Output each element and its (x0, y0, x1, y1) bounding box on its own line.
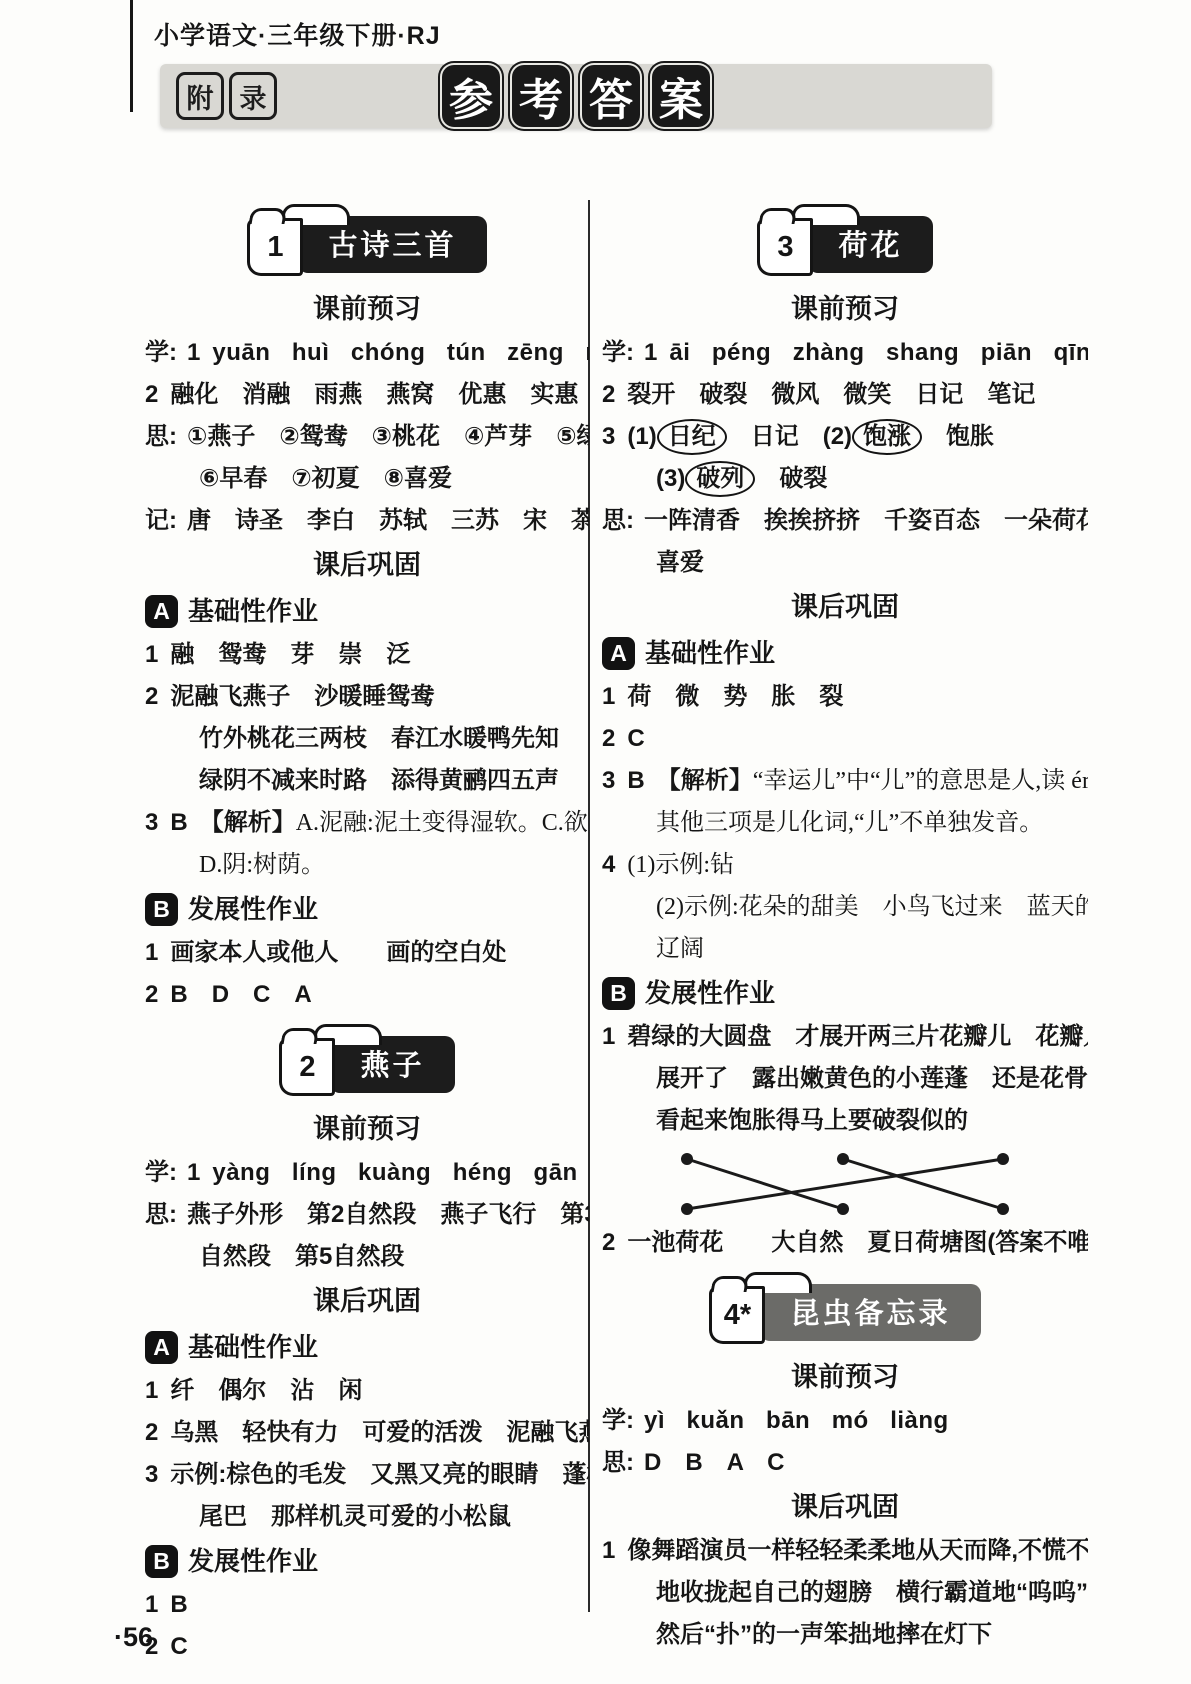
lesson-badge: 4*昆虫备忘录 (602, 1272, 1088, 1344)
answer-line: 2融化 消融 雨燕 燕窝 优惠 实惠 (145, 374, 589, 416)
answer-line: 2乌黑 轻快有力 可爱的活泼 泥融飞燕子 (145, 1412, 589, 1454)
section-heading: 课后巩固 (145, 1278, 589, 1324)
line-prefix: 思: (602, 507, 634, 534)
item-number: 1 (145, 1591, 158, 1618)
answer-line: 2C (145, 1626, 589, 1668)
lesson-number: 2 (279, 1038, 335, 1096)
answer-line: 2B D C A (145, 974, 589, 1016)
section-heading: 课前预习 (602, 286, 1088, 332)
answer-text: 展开了 露出嫩黄色的小莲蓬 还是花骨朵儿 (656, 1065, 1088, 1092)
answer-text: ①燕子 ②鸳鸯 ③桃花 ④芦芽 ⑤绿荫 (187, 423, 589, 450)
item-number: 1 (602, 1023, 615, 1050)
reference-answers-title: 参考答案 (442, 65, 710, 127)
line-prefix: 思: (602, 1449, 634, 1476)
item-number: 1 (145, 939, 158, 966)
right-column: 3荷花课前预习学:1āi péng zhàng shang piān qīng2… (602, 196, 1088, 1656)
continuation-line: 喜爱 (602, 542, 1088, 584)
answer-line: 3B 【解析】A.泥融:泥土变得湿软。C.欲:将要。 (145, 802, 589, 844)
homework-label: 基础性作业 (188, 1324, 318, 1370)
lesson-number: 3 (757, 218, 813, 276)
answer-text: 喜爱 (656, 549, 704, 576)
answer-text: 纤 偶尔 沾 闲 (170, 1377, 362, 1404)
answer-line: 思:一阵清香 挨挨挤挤 千姿百态 一朵荷花 (602, 500, 1088, 542)
homework-marker: B (145, 893, 178, 926)
answer-text: 日记 (2) (727, 423, 852, 450)
answer-line: 学:1yàng líng kuàng héng gān hén (145, 1152, 589, 1194)
answer-line: 学:yì kuǎn bān mó liàng (602, 1400, 1088, 1442)
answer-line: 1融 鸳鸯 芽 崇 泛 (145, 634, 589, 676)
reference-answers-char: 案 (652, 65, 710, 127)
page-number: ·56 (114, 1622, 153, 1653)
answer-line: 学:1āi péng zhàng shang piān qīng (602, 332, 1088, 374)
circled-wrong-word: 日纪 (657, 419, 727, 455)
homework-heading: A基础性作业 (145, 588, 589, 634)
homework-marker: A (145, 1331, 178, 1364)
answer-text: 尾巴 那样机灵可爱的小松鼠 (199, 1503, 511, 1530)
appendix-tag-char: 录 (229, 72, 277, 120)
matching-lines-diagram (680, 1152, 1010, 1216)
answer-text: (1)示例:钻 (627, 852, 734, 878)
answer-text: 一池荷花 大自然 夏日荷塘图(答案不唯一) (627, 1229, 1088, 1256)
item-number: 3 (602, 767, 615, 794)
answer-text: 乌黑 轻快有力 可爱的活泼 泥融飞燕子 (170, 1419, 589, 1446)
item-number: 1 (145, 641, 158, 668)
answer-text: 看起来饱胀得马上要破裂似的 (656, 1107, 968, 1134)
continuation-line: (3)破列 破裂 (602, 458, 1088, 500)
homework-heading: A基础性作业 (602, 630, 1088, 676)
item-number: 1 (602, 683, 615, 710)
reference-answers-char: 考 (512, 65, 570, 127)
item-number: 2 (602, 725, 615, 752)
homework-label: 发展性作业 (645, 970, 775, 1016)
reference-answers-char: 答 (582, 65, 640, 127)
continuation-line: 竹外桃花三两枝 春江水暖鸭先知 (145, 718, 589, 760)
item-number: 1 (187, 339, 200, 366)
item-number: 1 (145, 1377, 158, 1404)
lesson-title: 燕子 (330, 1036, 454, 1093)
lesson-title: 昆虫备忘录 (760, 1284, 980, 1341)
homework-heading: B发展性作业 (145, 886, 589, 932)
homework-marker: A (602, 637, 635, 670)
book-title: 小学语文·三年级下册·RJ (154, 16, 441, 52)
answer-text: 竹外桃花三两枝 春江水暖鸭先知 (199, 725, 559, 752)
line-prefix: 学: (602, 339, 634, 366)
answer-text: C (170, 1633, 187, 1660)
item-number: 1 (644, 339, 657, 366)
answer-line: 3B 【解析】“幸运儿”中“儿”的意思是人,读 ér; (602, 760, 1088, 802)
line-prefix: 思: (145, 1201, 177, 1228)
homework-marker: A (145, 595, 178, 628)
answer-text: 融 鸳鸯 芽 崇 泛 (170, 641, 410, 668)
answer-text: B (627, 767, 668, 794)
item-number: 1 (187, 1159, 200, 1186)
answer-text: ⑥早春 ⑦初夏 ⑧喜爱 (199, 465, 452, 492)
lesson-badge: 3荷花 (602, 204, 1088, 276)
answer-text: 破裂 (755, 465, 827, 492)
section-heading: 课后巩固 (145, 542, 589, 588)
lesson-number: 4* (709, 1286, 765, 1344)
continuation-line: 自然段 第5自然段 (145, 1236, 589, 1278)
line-prefix: 学: (145, 1159, 177, 1186)
answer-text: D B A C (644, 1449, 784, 1476)
answer-line: 1画家本人或他人 画的空白处 (145, 932, 589, 974)
homework-heading: B发展性作业 (602, 970, 1088, 1016)
answer-line: 1荷 微 势 胀 裂 (602, 676, 1088, 718)
reference-answers-char: 参 (442, 65, 500, 127)
section-heading: 课前预习 (145, 286, 589, 332)
answer-line: 2泥融飞燕子 沙暖睡鸳鸯 (145, 676, 589, 718)
item-number: 3 (602, 423, 615, 450)
continuation-line: 辽阔 (602, 928, 1088, 970)
answer-text: 燕子外形 第2自然段 燕子飞行 第3—4 (187, 1201, 589, 1228)
answer-text: B (170, 809, 211, 836)
circled-wrong-word: 破列 (685, 461, 755, 497)
line-prefix: 思: (145, 423, 177, 450)
answer-text: (1) (627, 423, 656, 450)
answer-line: 思:①燕子 ②鸳鸯 ③桃花 ④芦芽 ⑤绿荫 (145, 416, 589, 458)
answer-text: 像舞蹈演员一样轻轻柔柔地从天而降,不慌不忙 (627, 1537, 1088, 1564)
item-number: 1 (602, 1537, 615, 1564)
answer-text: 自然段 第5自然段 (199, 1243, 404, 1270)
answer-text: yì kuǎn bān mó liàng (644, 1407, 949, 1434)
answer-text: 画家本人或他人 画的空白处 (170, 939, 506, 966)
answer-text: D.阴:树荫。 (199, 852, 325, 878)
answer-line: 3(1)日纪 日记 (2)饱涨 饱胀 (602, 416, 1088, 458)
page-margin-tick (130, 0, 133, 112)
answer-text: B D C A (170, 981, 311, 1008)
homework-label: 基础性作业 (645, 630, 775, 676)
homework-marker: B (145, 1545, 178, 1578)
answer-text: “幸运儿”中“儿”的意思是人,读 ér; (753, 768, 1088, 794)
continuation-line: D.阴:树荫。 (145, 844, 589, 886)
answer-text: 荷 微 势 胀 裂 (627, 683, 843, 710)
answer-text: B (170, 1591, 187, 1618)
appendix-tag-char: 附 (176, 72, 224, 120)
continuation-line: 地收拢起自己的翅膀 横行霸道地“呜呜”飞来, (602, 1572, 1088, 1614)
answer-line: 4(1)示例:钻 (602, 844, 1088, 886)
item-number: 2 (145, 381, 158, 408)
section-heading: 课前预习 (602, 1354, 1088, 1400)
answer-text: 裂开 破裂 微风 微笑 日记 笔记 (627, 381, 1035, 408)
answer-line: 记:唐 诗圣 李白 苏轼 三苏 宋 茶山 (145, 500, 589, 542)
item-number: 3 (145, 1461, 158, 1488)
answer-line: 1碧绿的大圆盘 才展开两三片花瓣儿 花瓣儿全 (602, 1016, 1088, 1058)
answer-line: 2C (602, 718, 1088, 760)
homework-heading: A基础性作业 (145, 1324, 589, 1370)
answer-text: 【解析】 (212, 809, 296, 836)
answer-text: yuān huì chóng tún zēng méi (212, 339, 589, 366)
item-number: 3 (145, 809, 158, 836)
answer-text: 碧绿的大圆盘 才展开两三片花瓣儿 花瓣儿全 (627, 1023, 1088, 1050)
answer-text: 一阵清香 挨挨挤挤 千姿百态 一朵荷花 (644, 507, 1088, 534)
answer-line: 思:D B A C (602, 1442, 1088, 1484)
continuation-line: 其他三项是儿化词,“儿”不单独发音。 (602, 802, 1088, 844)
section-heading: 课后巩固 (602, 584, 1088, 630)
appendix-tag: 附录 (176, 72, 277, 120)
answer-text: 绿阴不减来时路 添得黄鹂四五声 (199, 767, 559, 794)
section-heading: 课后巩固 (602, 1484, 1088, 1530)
item-number: 2 (145, 683, 158, 710)
answer-text: āi péng zhàng shang piān qīng (669, 339, 1088, 366)
answer-text: 饱胀 (922, 423, 994, 450)
answer-text: 地收拢起自己的翅膀 横行霸道地“呜呜”飞来, (656, 1579, 1088, 1606)
answer-line: 1像舞蹈演员一样轻轻柔柔地从天而降,不慌不忙 (602, 1530, 1088, 1572)
item-number: 4 (602, 851, 615, 878)
homework-label: 发展性作业 (188, 886, 318, 932)
lesson-title: 古诗三首 (298, 216, 486, 273)
answer-line: 2一池荷花 大自然 夏日荷塘图(答案不唯一) (602, 1222, 1088, 1264)
lesson-badge: 2燕子 (145, 1024, 589, 1096)
answer-text: 【解析】 (669, 767, 753, 794)
answer-text: 辽阔 (656, 936, 704, 962)
lesson-title: 荷花 (808, 216, 932, 273)
answer-text: 然后“扑”的一声笨拙地摔在灯下 (656, 1621, 992, 1648)
answer-line: 2裂开 破裂 微风 微笑 日记 笔记 (602, 374, 1088, 416)
answer-text: 融化 消融 雨燕 燕窝 优惠 实惠 (170, 381, 578, 408)
answer-text: (2)示例:花朵的甜美 小鸟飞过来 蓝天的 (656, 894, 1088, 920)
answer-line: 思:燕子外形 第2自然段 燕子飞行 第3—4 (145, 1194, 589, 1236)
homework-label: 发展性作业 (188, 1538, 318, 1584)
line-prefix: 学: (602, 1407, 634, 1434)
item-number: 2 (145, 1419, 158, 1446)
answer-line: 3示例:棕色的毛发 又黑又亮的眼睛 蓬松的大 (145, 1454, 589, 1496)
circled-wrong-word: 饱涨 (852, 419, 922, 455)
answers-banner: 附录 参考答案 (160, 64, 992, 128)
answer-text: 示例:棕色的毛发 又黑又亮的眼睛 蓬松的大 (170, 1461, 589, 1488)
answer-text: A.泥融:泥土变得湿软。C.欲:将要。 (296, 810, 589, 836)
line-prefix: 记: (145, 507, 177, 534)
item-number: 2 (145, 981, 158, 1008)
continuation-line: ⑥早春 ⑦初夏 ⑧喜爱 (145, 458, 589, 500)
continuation-line: (2)示例:花朵的甜美 小鸟飞过来 蓝天的 (602, 886, 1088, 928)
homework-marker: B (602, 977, 635, 1010)
answer-line: 学:1yuān huì chóng tún zēng méi (145, 332, 589, 374)
homework-heading: B发展性作业 (145, 1538, 589, 1584)
answer-text: 泥融飞燕子 沙暖睡鸳鸯 (170, 683, 434, 710)
answer-text: 其他三项是儿化词,“儿”不单独发音。 (656, 810, 1043, 836)
lesson-number: 1 (247, 218, 303, 276)
answer-text: (3) (656, 465, 685, 492)
left-column: 1古诗三首课前预习学:1yuān huì chóng tún zēng méi2… (145, 196, 589, 1668)
item-number: 2 (602, 1229, 615, 1256)
continuation-line: 展开了 露出嫩黄色的小莲蓬 还是花骨朵儿 (602, 1058, 1088, 1100)
continuation-line: 看起来饱胀得马上要破裂似的 (602, 1100, 1088, 1142)
answer-text: C (627, 725, 644, 752)
continuation-line: 绿阴不减来时路 添得黄鹂四五声 (145, 760, 589, 802)
line-prefix: 学: (145, 339, 177, 366)
answer-text: yàng líng kuàng héng gān hén (212, 1159, 589, 1186)
continuation-line: 然后“扑”的一声笨拙地摔在灯下 (602, 1614, 1088, 1656)
answer-text: 唐 诗圣 李白 苏轼 三苏 宋 茶山 (187, 507, 589, 534)
answer-line: 1B (145, 1584, 589, 1626)
continuation-line: 尾巴 那样机灵可爱的小松鼠 (145, 1496, 589, 1538)
lesson-badge: 1古诗三首 (145, 204, 589, 276)
homework-label: 基础性作业 (188, 588, 318, 634)
section-heading: 课前预习 (145, 1106, 589, 1152)
answer-line: 1纤 偶尔 沾 闲 (145, 1370, 589, 1412)
item-number: 2 (602, 381, 615, 408)
